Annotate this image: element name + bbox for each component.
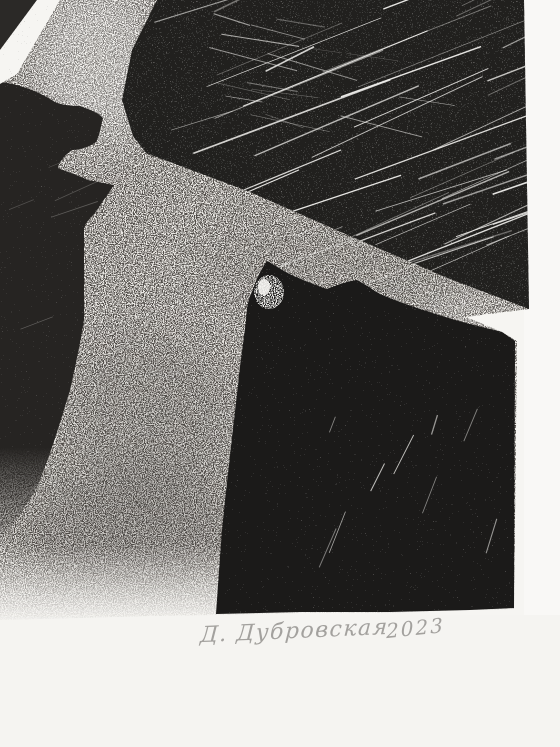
artwork-photo: Д. Дубровская 2023 [0,0,560,747]
ear-highlight-core [258,279,270,295]
grain-shadow-blob [67,335,237,505]
ear-highlight [254,275,284,309]
